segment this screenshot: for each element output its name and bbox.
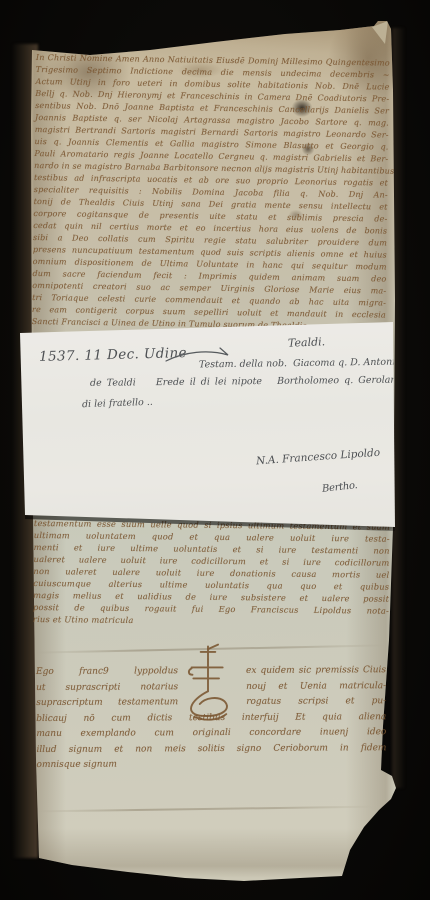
slip-summary-line-1: Testam. della nob. Giacoma q. D. Antonio	[199, 357, 401, 371]
closing-line-left: omnisque signum	[36, 756, 386, 773]
slip-notary-signature: N.A. Francesco Lipoldo	[256, 447, 381, 468]
closing-line: illud signum et non meis solitis signo C…	[36, 741, 386, 758]
slip-summary-line-3: di lei fratello ..	[82, 397, 153, 410]
closing-line-left: Ego franc9 lyppoldus	[36, 664, 178, 680]
closing-line-left: manu exemplando cum originali concordare…	[36, 725, 386, 742]
crease-line	[38, 806, 373, 813]
closing-line-right: nouj et Uenia matricula-	[246, 679, 386, 695]
closing-line-right: rogatus scripsi et pu-	[246, 694, 386, 710]
closing-line: manu exemplando cum originali concordare…	[36, 725, 386, 742]
archivist-slip: Tealdi. 1537. 11 Dec. Udine Testam. dell…	[18, 319, 396, 529]
slip-countersign: Bertho.	[322, 480, 358, 495]
slip-summary-line-2: de Tealdi Erede il di lei nipote Borthol…	[90, 374, 430, 389]
notary-sign-icon	[176, 642, 240, 724]
slip-fond-label: Tealdi.	[288, 335, 326, 350]
manuscript-top-block: In Christi Nomine Amen Anno Natiuitatis …	[32, 52, 390, 334]
photo-stage: In Christi Nomine Amen Anno Natiuitatis …	[0, 0, 430, 900]
closing-line: omnisque signum	[36, 756, 386, 773]
manuscript-mid-block: testamentum esse suum uelle quod si ipsi…	[33, 517, 390, 629]
closing-line-right: ex quidem sic premissis Ciuis	[246, 663, 386, 679]
closing-line-left: suprascriptum testamentum	[36, 695, 178, 711]
closing-line-left: ut suprascripti notarius	[36, 680, 178, 696]
closing-line-left: illud signum et non meis solitis signo C…	[36, 741, 386, 758]
